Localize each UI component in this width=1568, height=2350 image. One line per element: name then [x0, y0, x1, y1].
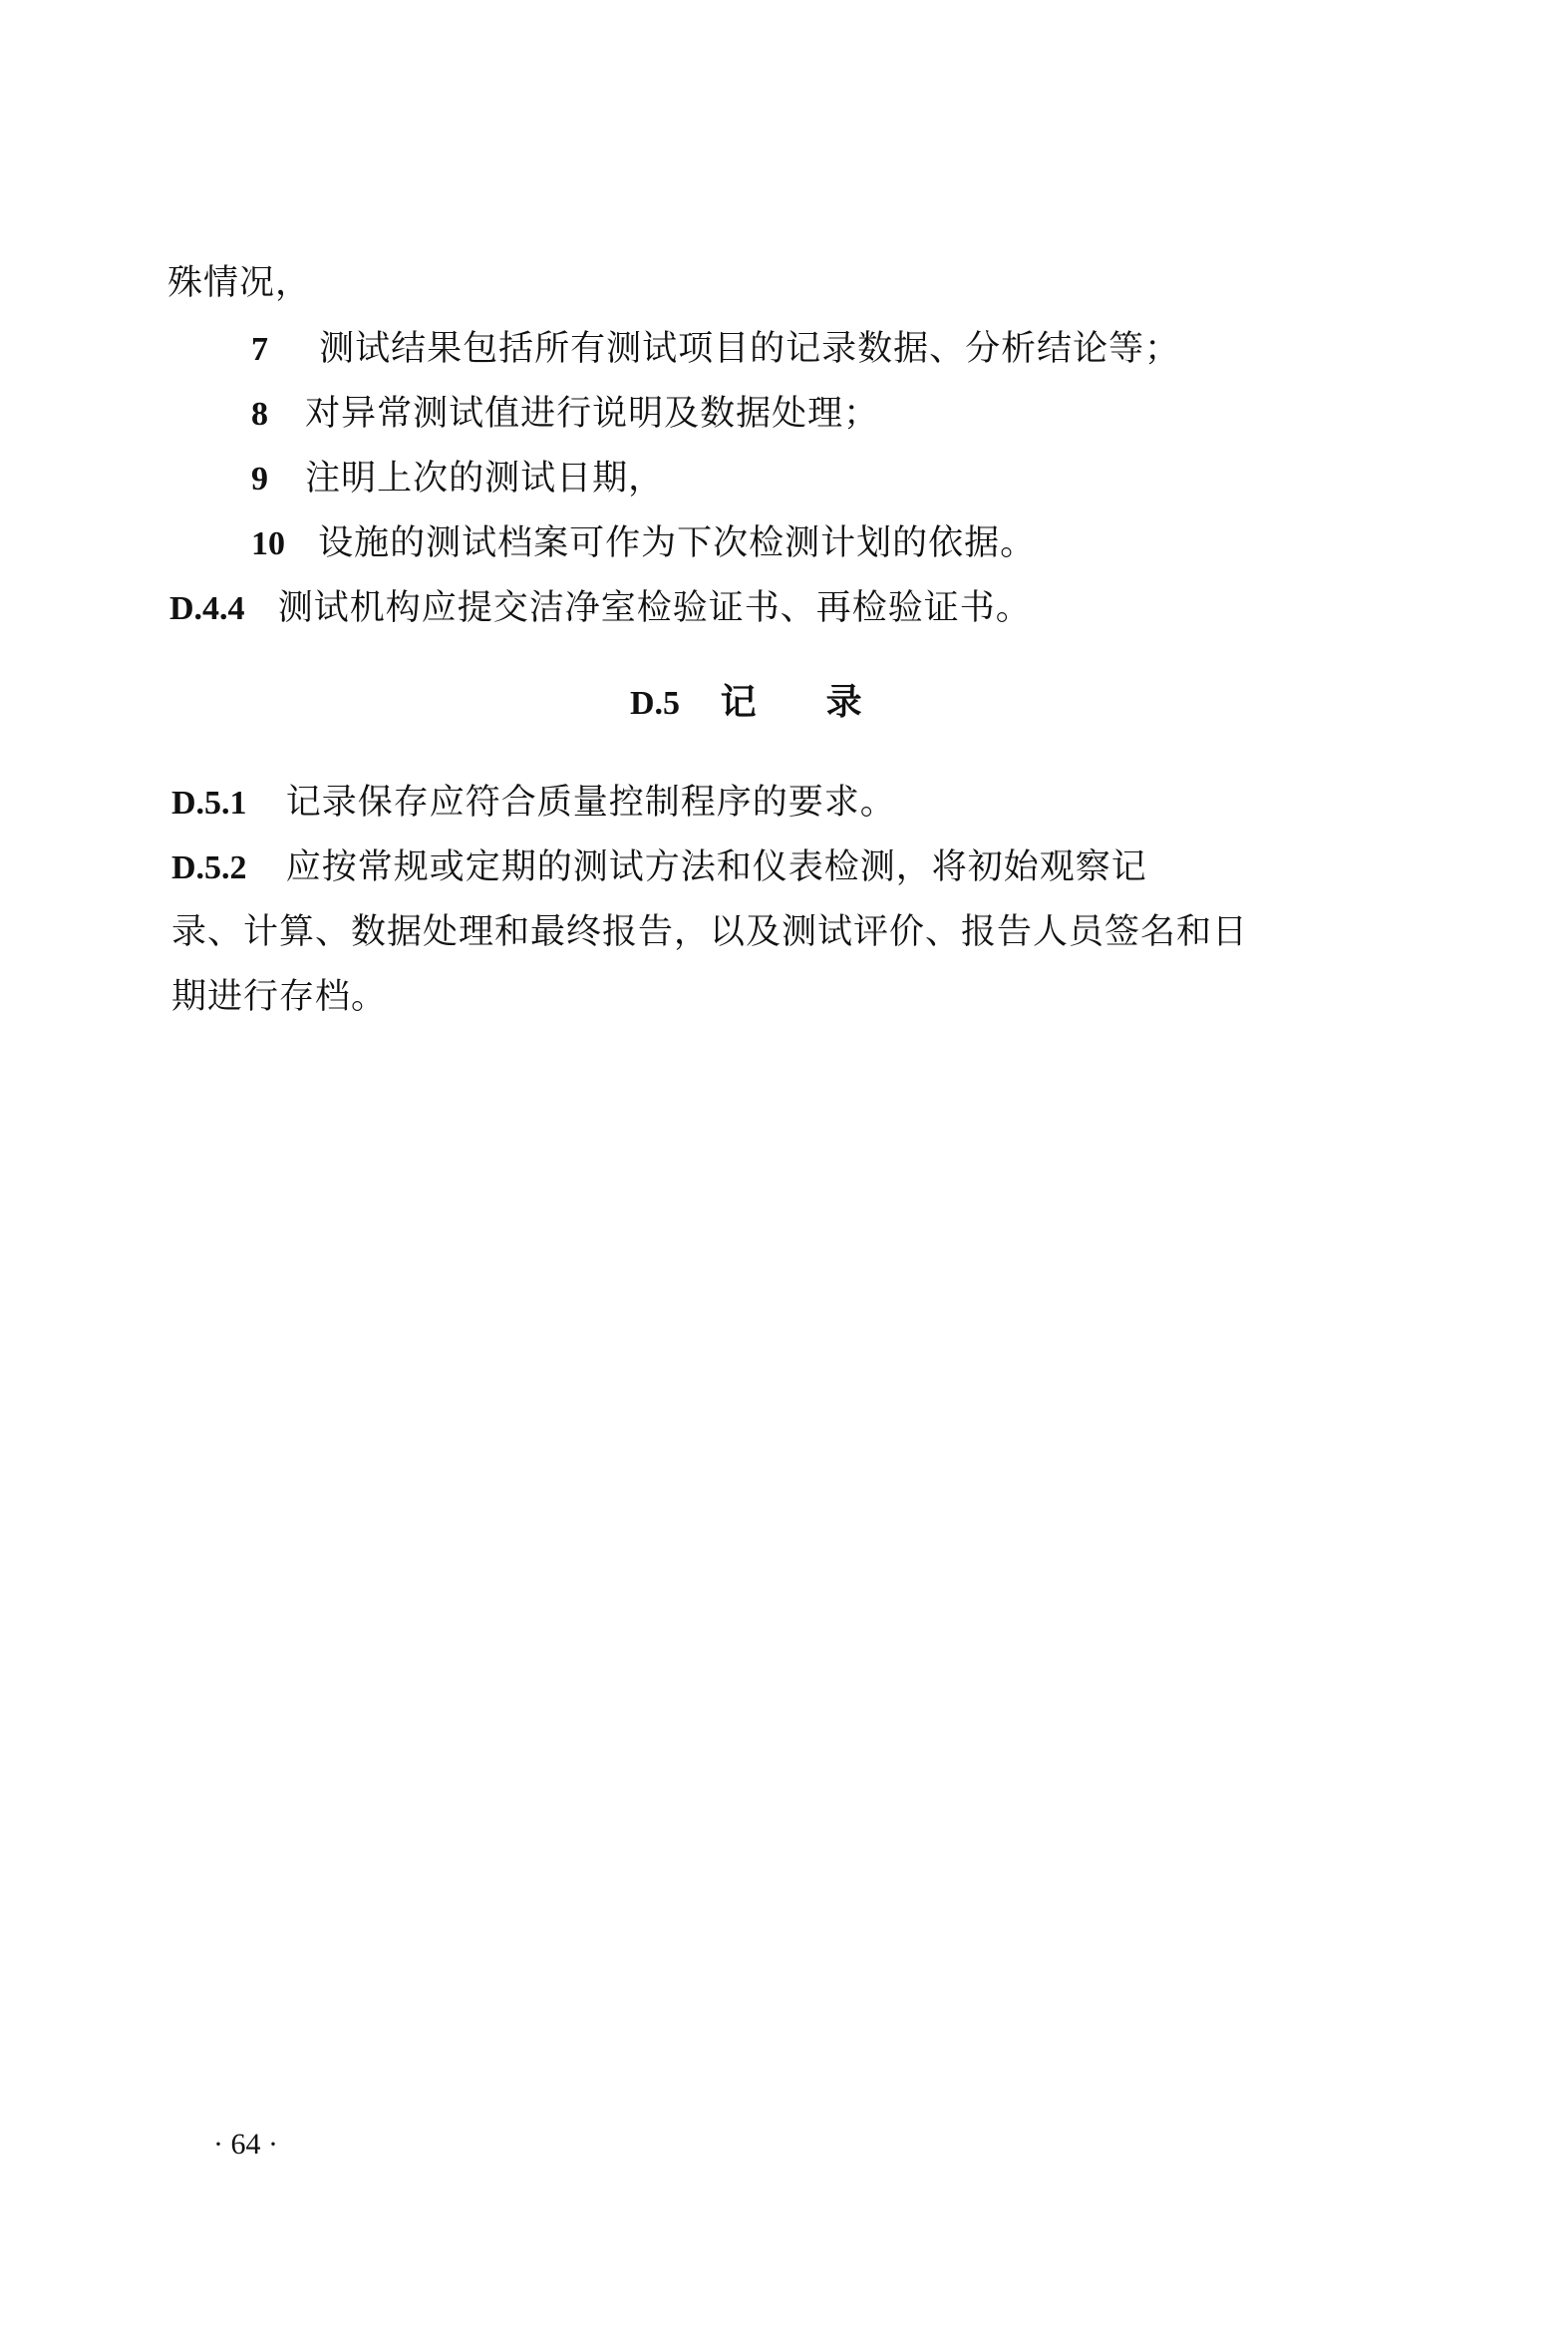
item-number: 9 [251, 461, 268, 498]
clause-number: D.5.2 [171, 849, 247, 886]
clause-d-4-4: D.4.4 测试机构应提交洁净室检验证书、再检验证书。 [169, 586, 1032, 631]
clause-text-line: 应按常规或定期的测试方法和仪表检测，将初始观察记 [286, 847, 1147, 887]
list-item: 10 设施的测试档案可作为下次检测计划的依据。 [251, 521, 1036, 566]
clause-d-5-2-continued: 期进行存档。 [171, 975, 387, 1019]
item-number: 8 [251, 396, 268, 433]
list-item: 7 测试结果包括所有测试项目的记录数据、分析结论等； [251, 327, 1180, 372]
item-text: 设施的测试档案可作为下次检测计划的依据。 [318, 523, 1036, 563]
section-title-part: 记 [721, 681, 757, 723]
clause-text-line: 期进行存档。 [171, 977, 387, 1017]
list-item: 8 对异常测试值进行说明及数据处理； [251, 392, 879, 437]
item-text: 对异常测试值进行说明及数据处理； [305, 394, 879, 434]
list-item: 9 注明上次的测试日期， [251, 457, 664, 502]
item-text: 注明上次的测试日期， [305, 459, 664, 499]
item-number: 10 [251, 525, 285, 562]
item-text: 测试结果包括所有测试项目的记录数据、分析结论等； [319, 329, 1180, 369]
continuation-text: 殊情况， [167, 261, 311, 305]
clause-text-line: 录、计算、数据处理和最终报告，以及测试评价、报告人员签名和日 [171, 912, 1248, 952]
clause-d-5-2: D.5.2 应按常规或定期的测试方法和仪表检测，将初始观察记 [171, 845, 1147, 890]
clause-d-5-1: D.5.1 记录保存应符合质量控制程序的要求。 [171, 781, 896, 826]
section-heading: D.5 记录 [630, 674, 862, 725]
clause-number: D.5.1 [171, 785, 247, 822]
clause-number: D.4.4 [169, 590, 245, 627]
clause-d-5-2-continued: 录、计算、数据处理和最终报告，以及测试评价、报告人员签名和日 [171, 910, 1248, 954]
page-number: · 64 · [213, 2128, 278, 2162]
section-title-part: 录 [826, 681, 862, 723]
clause-text: 记录保存应符合质量控制程序的要求。 [286, 783, 896, 823]
clause-text: 测试机构应提交洁净室检验证书、再检验证书。 [278, 588, 1032, 628]
item-number: 7 [251, 331, 268, 368]
section-number: D.5 [630, 685, 680, 722]
